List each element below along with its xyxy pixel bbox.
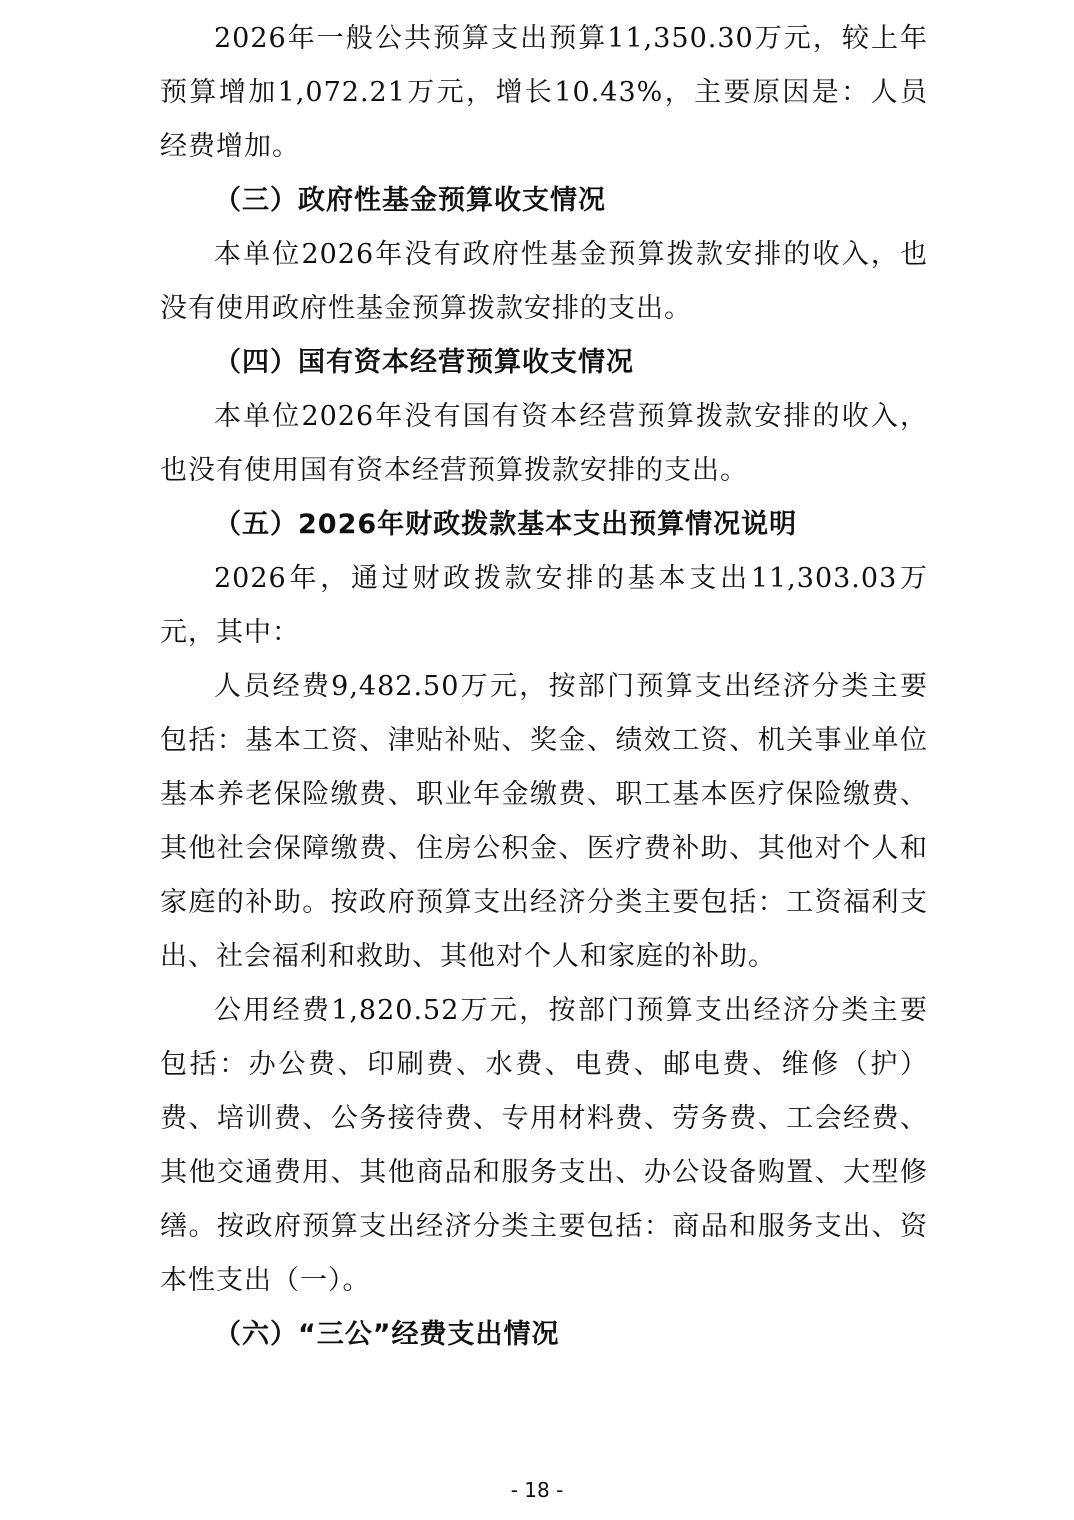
paragraph-personnel-expense: 人员经费9,482.50万元，按部门预算支出经济分类主要包括：基本工资、津贴补贴… <box>160 660 928 984</box>
paragraph-general-budget: 2026年一般公共预算支出预算11,350.30万元，较上年预算增加1,072.… <box>160 12 928 174</box>
heading-basic-expenditure: （五）2026年财政拨款基本支出预算情况说明 <box>214 498 797 552</box>
heading-three-public-expenses: （六）“三公”经费支出情况 <box>214 1308 560 1362</box>
heading-government-fund: （三）政府性基金预算收支情况 <box>214 174 606 228</box>
paragraph-state-capital: 本单位2026年没有国有资本经营预算拨款安排的收入，也没有使用国有资本经营预算拨… <box>160 390 928 498</box>
paragraph-basic-expenditure: 2026年，通过财政拨款安排的基本支出11,303.03万元，其中： <box>160 552 928 660</box>
paragraph-public-expense: 公用经费1,820.52万元，按部门预算支出经济分类主要包括：办公费、印刷费、水… <box>160 984 928 1308</box>
document-page: 2026年一般公共预算支出预算11,350.30万元，较上年预算增加1,072.… <box>0 0 1074 1520</box>
page-number: - 18 - <box>0 1478 1074 1502</box>
paragraph-government-fund: 本单位2026年没有政府性基金预算拨款安排的收入，也没有使用政府性基金预算拨款安… <box>160 228 928 336</box>
heading-state-capital: （四）国有资本经营预算收支情况 <box>214 336 634 390</box>
